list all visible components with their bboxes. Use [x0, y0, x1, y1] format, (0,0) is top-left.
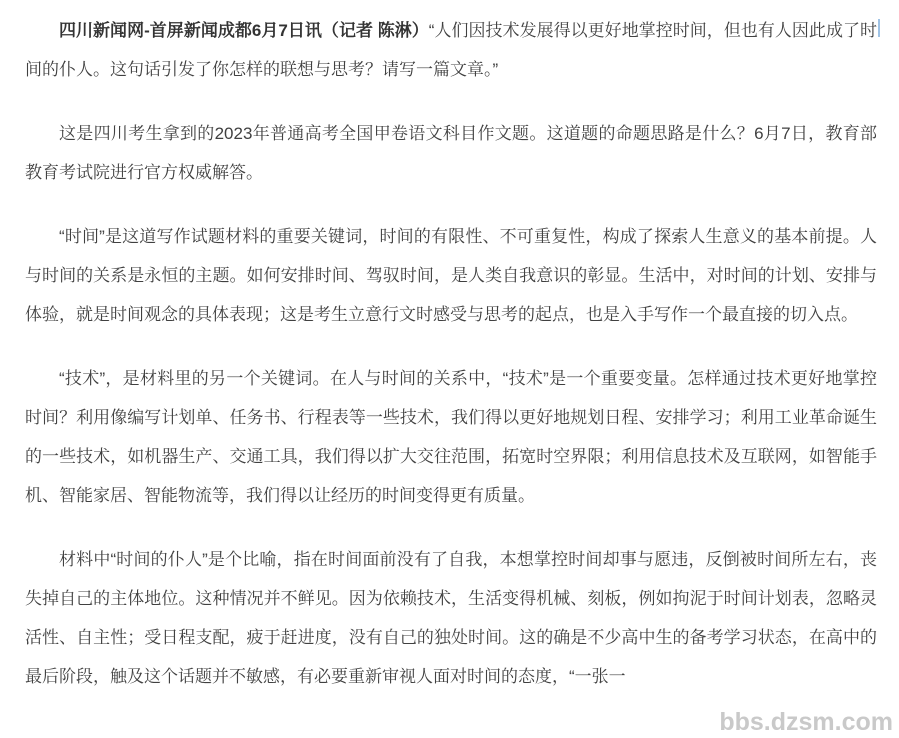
paragraph-servant-metaphor: 材料中“时间的仆人”是个比喻，指在时间面前没有了自我，本想掌控时间却事与愿违，反… — [25, 540, 877, 696]
byline-paragraph: 四川新闻网-首屏新闻成都6月7日讯（记者 陈淋）“人们因技术发展得以更好地掌控时… — [25, 11, 877, 89]
article-page: 四川新闻网-首屏新闻成都6月7日讯（记者 陈淋）“人们因技术发展得以更好地掌控时… — [0, 0, 899, 738]
text-cursor — [878, 19, 880, 37]
watermark: bbs.dzsm.com — [719, 707, 893, 737]
byline-lead: 四川新闻网-首屏新闻成都6月7日讯（记者 陈淋） — [59, 21, 429, 40]
paragraph-technology-keyword: “技术”，是材料里的另一个关键词。在人与时间的关系中，“技术”是一个重要变量。怎… — [25, 359, 877, 515]
paragraph-time-keyword: “时间”是这道写作试题材料的重要关键词，时间的有限性、不可重复性，构成了探索人生… — [25, 217, 877, 334]
paragraph-exam-intro: 这是四川考生拿到的2023年普通高考全国甲卷语文科目作文题。这道题的命题思路是什… — [25, 114, 877, 192]
